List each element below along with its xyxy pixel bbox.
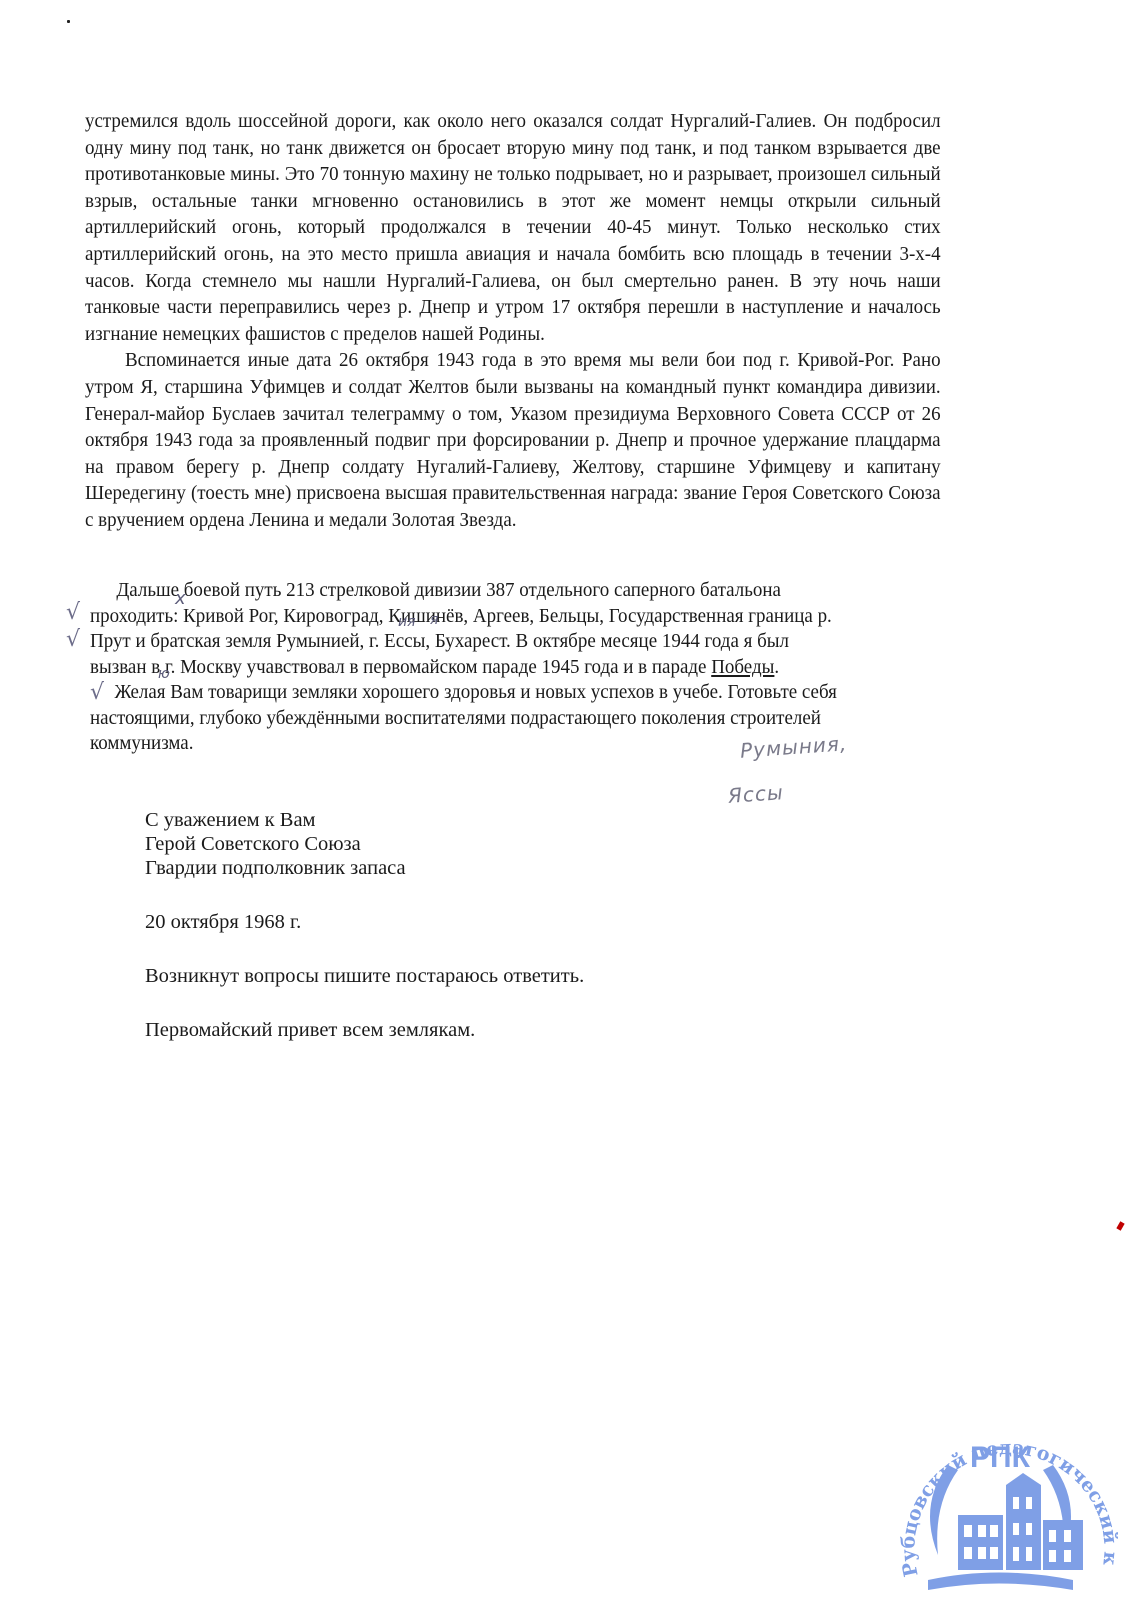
paragraph-combat-path: Дальше боевой путь 213 стрелковой дивизи… (90, 578, 917, 757)
pencil-check-mark: √ (66, 627, 80, 652)
text-line: проходить: Кривой Рог, Кировоград, Кишин… (90, 604, 917, 630)
pencil-correction: ю (158, 666, 170, 682)
stamp-emblem-icon: Рубцовский педагогический колледж РПК (878, 1385, 1118, 1595)
text-fragment: вызван в г. Москву учавствовал в первома… (90, 656, 711, 678)
postscript-greeting: Первомайский привет всем землякам. (145, 1018, 584, 1042)
underlined-word: Победы (711, 656, 774, 678)
pencil-correction: x (175, 588, 186, 609)
letter-body: устремился вдоль шоссейной дороги, как о… (85, 108, 941, 534)
paragraph-tank-attack: устремился вдоль шоссейной дороги, как о… (85, 108, 941, 347)
text-line: Дальше боевой путь 213 стрелковой дивизи… (90, 578, 917, 604)
letter-date: 20 октября 1968 г. (145, 910, 584, 934)
text-line: настоящими, глубоко убеждёнными воспитат… (90, 706, 917, 732)
pencil-margin-note: Ясcы (727, 780, 784, 808)
rank-line: Гвардии подполковник запаса (145, 856, 584, 880)
pencil-correction: я (430, 612, 438, 628)
paragraph-award: Вспоминается иные дата 26 октября 1943 г… (85, 347, 941, 533)
pencil-check-mark: √ (66, 600, 80, 625)
postscript-questions: Возникнут вопросы пишите постараюсь отве… (145, 964, 584, 988)
pencil-check-mark: √ (90, 680, 104, 705)
red-margin-mark (1116, 1221, 1124, 1230)
pencil-correction: ия (398, 614, 416, 630)
text-fragment: . (774, 656, 779, 678)
signature-block: С уважением к Вам Герой Советского Союза… (145, 808, 584, 1042)
college-stamp: Рубцовский педагогический колледж РПК (878, 1385, 1118, 1595)
text-line: вызван в г. Москву учавствовал в первома… (90, 655, 917, 681)
text-line: Прут и братская земля Румынией, г. Ессы,… (90, 629, 917, 655)
closing-line: С уважением к Вам (145, 808, 584, 832)
stamp-abbreviation: РПК (970, 1441, 1031, 1474)
title-line: Герой Советского Союза (145, 832, 584, 856)
text-line: Желая Вам товарищи земляки хорошего здор… (90, 680, 917, 706)
scan-speck (67, 20, 70, 23)
